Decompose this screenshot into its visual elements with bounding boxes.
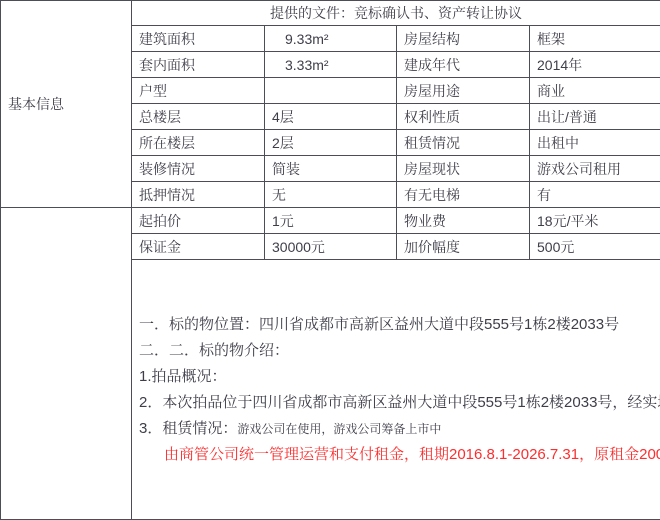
field-label: 有无电梯 bbox=[397, 182, 530, 208]
field-label: 物业费 bbox=[397, 208, 530, 234]
table-row: 基本信息 提供的文件：竞标确认书、资产转让协议 bbox=[1, 1, 660, 26]
field-label: 套内面积 bbox=[132, 52, 265, 78]
auction-detail-page: 基本信息 提供的文件：竞标确认书、资产转让协议 建筑面积 9.33m² 房屋结构… bbox=[0, 0, 660, 520]
desc-rent-highlight: 由商管公司统一管理运营和支付租金，租期2016.8.1-2026.7.31，原租… bbox=[139, 442, 653, 468]
field-value: 框架 bbox=[530, 26, 660, 52]
field-value: 3.33m² bbox=[265, 52, 397, 78]
field-value: 30000元 bbox=[265, 234, 397, 260]
desc-lease-line: 3．租赁情况：游戏公司在使用，游戏公司筹备上市中 bbox=[139, 416, 653, 442]
field-value: 商业 bbox=[530, 78, 660, 104]
field-label: 总楼层 bbox=[132, 104, 265, 130]
field-value: 出租中 bbox=[530, 130, 660, 156]
field-value bbox=[265, 78, 397, 104]
field-value: 游戏公司租用 bbox=[530, 156, 660, 182]
desc-lease-label: 3．租赁情况： bbox=[139, 420, 237, 437]
field-label: 建筑面积 bbox=[132, 26, 265, 52]
field-label: 房屋结构 bbox=[397, 26, 530, 52]
desc-overview-text: 2．本次拍品位于四川省成都市高新区益州大道中段555号1栋2楼2033号，经实地… bbox=[139, 390, 653, 416]
table-row: 起拍价 1元 物业费 18元/平米 bbox=[1, 208, 660, 234]
field-label: 保证金 bbox=[132, 234, 265, 260]
section-basic-info-label: 基本信息 bbox=[1, 1, 132, 208]
desc-lease-note: 游戏公司在使用，游戏公司筹备上市中 bbox=[237, 422, 441, 436]
field-label: 房屋现状 bbox=[397, 156, 530, 182]
desc-intro-heading: 二．二．标的物介绍： bbox=[139, 338, 653, 364]
field-value: 有 bbox=[530, 182, 660, 208]
field-label: 起拍价 bbox=[132, 208, 265, 234]
field-value: 2层 bbox=[265, 130, 397, 156]
field-value: 4层 bbox=[265, 104, 397, 130]
field-value: 2014年 bbox=[530, 52, 660, 78]
field-label: 建成年代 bbox=[397, 52, 530, 78]
field-value: 出让/普通 bbox=[530, 104, 660, 130]
field-value: 18元/平米 bbox=[530, 208, 660, 234]
field-label: 装修情况 bbox=[132, 156, 265, 182]
desc-overview-heading: 1.拍品概况： bbox=[139, 364, 653, 390]
field-label: 户型 bbox=[132, 78, 265, 104]
property-description-cell: 一．标的物位置：四川省成都市高新区益州大道中段555号1栋2楼2033号 二．二… bbox=[132, 260, 660, 520]
field-label: 租赁情况 bbox=[397, 130, 530, 156]
field-value: 500元 bbox=[530, 234, 660, 260]
field-label: 加价幅度 bbox=[397, 234, 530, 260]
property-info-table: 基本信息 提供的文件：竞标确认书、资产转让协议 建筑面积 9.33m² 房屋结构… bbox=[0, 0, 660, 520]
field-label: 权利性质 bbox=[397, 104, 530, 130]
field-value: 9.33m² bbox=[265, 26, 397, 52]
field-label: 房屋用途 bbox=[397, 78, 530, 104]
section-auction-label-empty bbox=[1, 208, 132, 520]
provided-documents-header: 提供的文件：竞标确认书、资产转让协议 bbox=[132, 1, 660, 26]
field-value: 简装 bbox=[265, 156, 397, 182]
field-label: 所在楼层 bbox=[132, 130, 265, 156]
field-value: 1元 bbox=[265, 208, 397, 234]
field-value: 无 bbox=[265, 182, 397, 208]
field-label: 抵押情况 bbox=[132, 182, 265, 208]
desc-location-line: 一．标的物位置：四川省成都市高新区益州大道中段555号1栋2楼2033号 bbox=[139, 312, 653, 338]
